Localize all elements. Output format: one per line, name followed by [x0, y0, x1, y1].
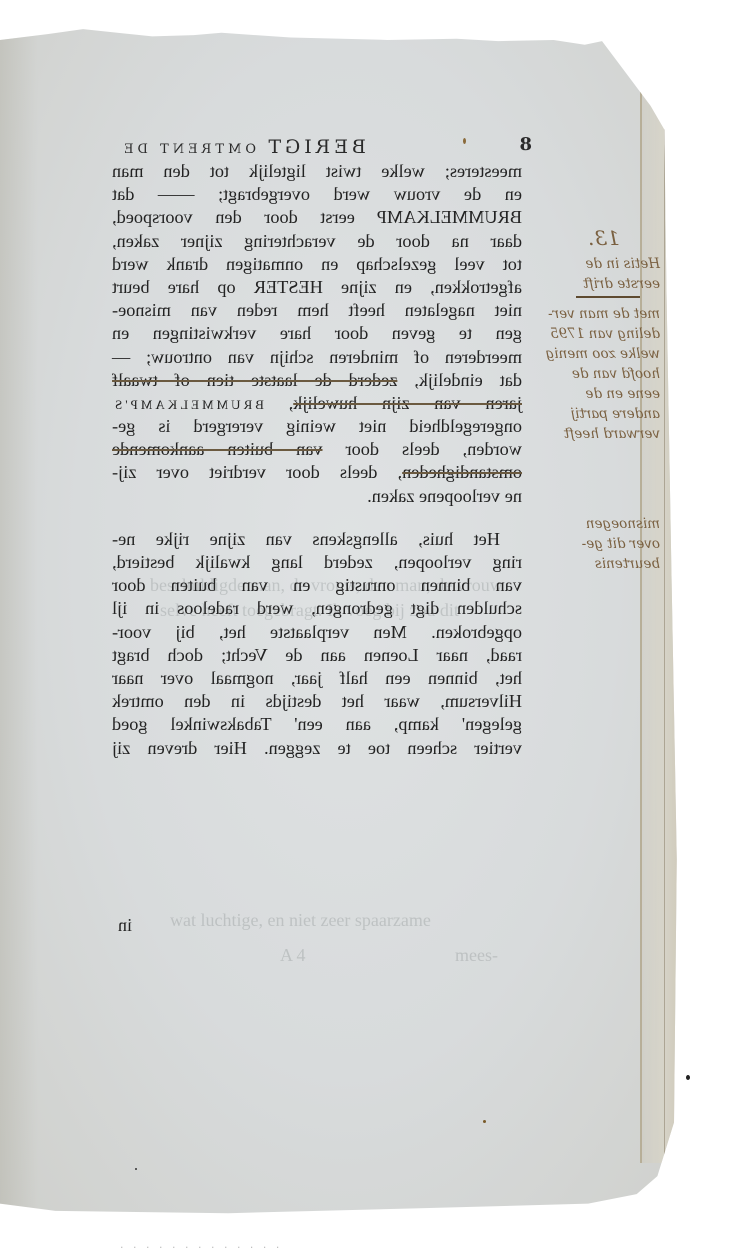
strikethrough-text: omstandigheden	[402, 462, 522, 482]
handwritten-line: eerste drift	[548, 274, 660, 294]
marginal-note-number: 13.	[548, 228, 660, 248]
text-line: gen te geven door hare verkwistingen en	[112, 322, 522, 345]
handwritten-line: welke zoo menig	[548, 344, 660, 364]
show-through-signature: A 4	[280, 945, 306, 966]
text-line: ongeregeldheid niet weinig verergerd is …	[112, 415, 522, 438]
strikethrough-text: zederd de laatste tien of twaalf	[112, 370, 397, 390]
handwritten-line: Hetis in de	[548, 254, 660, 274]
paragraph-1: meesteres; welke twist ligtelijk tot den…	[112, 160, 522, 508]
handwritten-underline	[576, 296, 640, 298]
text-line: raad, naar Loenen aan de Vecht; doch bra…	[112, 644, 522, 667]
text-line: meesteres; welke twist ligtelijk tot den…	[112, 160, 522, 183]
text-line: afgetrokken, en zijne HESTER op hare beu…	[112, 276, 522, 299]
handwritten-line: beurtenis	[548, 554, 660, 574]
text-line: meerderen of minderen schijn van ontrouw…	[112, 346, 522, 369]
foxing-spot	[483, 1120, 486, 1123]
text-line-struck: jaren van zijn huwelijk, BRUMMELKAMP'S	[112, 392, 522, 415]
running-head: 8 BERIGT OMTRENT DE	[120, 134, 540, 160]
text-line: gelegen' kamp, aan een' Tabakswinkel goe…	[112, 713, 522, 736]
catchword: in	[112, 915, 522, 936]
handwritten-line: hoofd van de	[548, 364, 660, 384]
text-line: ne verloopene zaken.	[112, 485, 522, 508]
handwritten-marginalia: 13. Hetis in de eerste drift met de man …	[548, 228, 660, 574]
text-line: schulden digt gedrongen, werd radeloos i…	[112, 597, 522, 620]
handwritten-line: misnoegen	[548, 514, 660, 534]
handwritten-line: deling van 1795	[548, 324, 660, 344]
text-line: daar na door de verachtering zijner zake…	[112, 230, 522, 253]
text-line: Hilversum, waar het destijds in den omtr…	[112, 690, 522, 713]
text-line-struck: worden, deels door van buiten aankomende	[112, 438, 522, 461]
running-title-first: BERIGT	[264, 136, 366, 158]
catchword-text: in	[118, 915, 132, 936]
text-line: opgebroken. Men verplaatste het, bij voo…	[112, 621, 522, 644]
handwritten-line: andere partij	[548, 404, 660, 424]
text-fragment: worden, deels door	[323, 439, 523, 459]
running-title: BERIGT OMTRENT DE	[120, 136, 366, 158]
text-fragment: , BRUMMELKAMP'S	[112, 393, 293, 413]
text-line: en de vrouw werd overgebragt; —— dat	[112, 183, 522, 206]
scan-stage: beschuldigde man, de vrouw, den man, de …	[0, 0, 755, 1260]
handwritten-line: verward heeft	[548, 424, 660, 444]
body-text: meesteres; welke twist ligtelijk tot den…	[112, 160, 522, 760]
text-line: vertier scheen toe te zeggen. Hier dreve…	[112, 737, 522, 760]
text-fragment: dat eindelijk,	[397, 370, 522, 390]
handwritten-line: met de man ver-	[548, 304, 660, 324]
marginalia-gap	[548, 444, 660, 514]
text-line: van binnen onrustig en van buiten door	[112, 574, 522, 597]
page-number: 8	[519, 134, 532, 155]
text-line-struck: dat eindelijk, zederd de laatste tien of…	[112, 369, 522, 392]
running-title-rest: OMTRENT DE	[120, 142, 256, 157]
text-line: niet nagelaten heeft hem reden van misno…	[112, 299, 522, 322]
text-fragment: , deels door verdriet over zij-	[112, 462, 402, 482]
show-through-catchword: mees-	[455, 945, 498, 966]
handwritten-line: over dit ge-	[548, 534, 660, 554]
text-line: het, binnen een half jaar, nogmaal over …	[112, 667, 522, 690]
paragraph-2: Het huis, allengskens van zijne rijke ne…	[112, 528, 522, 760]
text-line: tot veel gezelschap en onmatigen drank w…	[112, 253, 522, 276]
foxing-spot	[686, 1075, 690, 1080]
faint-marks-below-page: . . . . . . . . . . . . .	[120, 1238, 282, 1251]
strikethrough-text: jaren van zijn huwelijk	[293, 393, 522, 413]
text-line: ring verloopen, zederd lang kwalijk best…	[112, 551, 522, 574]
text-line-struck: omstandigheden, deels door verdriet over…	[112, 461, 522, 484]
paragraph-gap	[112, 508, 522, 528]
foxing-spot	[463, 138, 466, 144]
strikethrough-text: van buiten aankomende	[112, 439, 323, 459]
foxing-spot	[135, 1168, 137, 1170]
text-line: Het huis, allengskens van zijne rijke ne…	[112, 528, 522, 551]
text-line: BRUMMELKAMP eerst door den voorspoed,	[112, 206, 522, 229]
handwritten-line: eene en de	[548, 384, 660, 404]
